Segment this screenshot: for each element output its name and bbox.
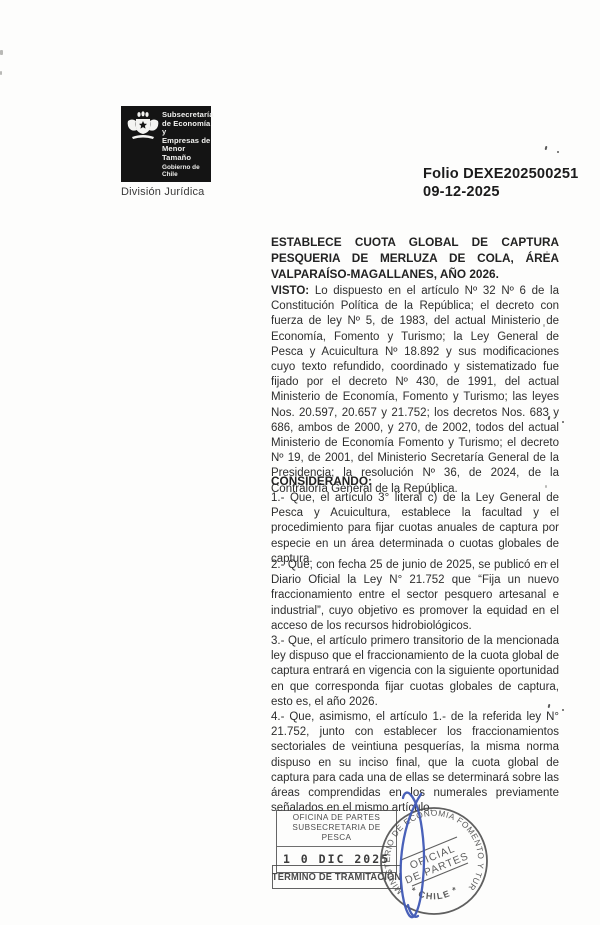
considerando-paragraph-4: 4.- Que, asimismo, el artículo 1.- de la… [271,710,559,816]
seal-center-line1: OFICIAL [408,843,457,872]
document-page: Subsecretaría de Economía y Empresas de … [0,0,600,925]
svg-text:* CHILE *: * CHILE * [409,884,460,902]
termino-label: TERMINO DE TRAMITACIÓN [272,872,401,883]
visto-text: Lo dispuesto en el artículo Nº 32 Nº 6 d… [271,285,559,495]
ministry-logo: Subsecretaría de Economía y Empresas de … [121,106,211,182]
scan-speck [545,485,547,488]
logo-footer: Gobierno de Chile [162,164,211,178]
visto-paragraph: VISTO: Lo dispuesto en el artículo Nº 32… [271,284,559,497]
scan-speck [543,324,545,327]
document-title: ESTABLECE CUOTA GLOBAL DE CAPTURA PESQUE… [271,234,559,282]
termino-tramitacion-stamp: TERMINO DE TRAMITACIÓN [272,865,401,889]
scan-speck [562,421,564,423]
office-of-parts-stamp: OFICINA DE PARTES SUBSECRETARIA DE PESCA… [276,810,397,873]
scan-speck [562,709,564,711]
visto-label: VISTO: [271,285,309,297]
folio-number: Folio DEXE202500251 [423,165,579,183]
logo-text-line: de Economía y [162,120,214,137]
folio-date: 09-12-2025 [423,183,579,201]
chile-coat-of-arms-icon [126,111,160,141]
scan-speck [546,251,548,253]
stamp-subsecretaria-line: SUBSECRETARIA DE PESCA [277,823,396,843]
considerando-label: CONSIDERANDO: [271,474,559,489]
scan-speck [0,50,3,55]
stamp-office-line: OFICINA DE PARTES [277,813,396,823]
scan-speck [0,71,2,75]
logo-text-line: Menor Tamaño [162,145,214,162]
scan-speck [557,151,559,153]
seal-bottom-text: * CHILE * [409,884,460,902]
considerando-paragraph-2: 2.- Que, con fecha 25 de junio de 2025, … [271,558,559,634]
considerando-paragraph-3: 3.- Que, el artículo primero transitorio… [271,634,559,710]
scan-speck [546,562,548,564]
considerando-paragraph-1: 1.- Que, el artículo 3° literal c) de la… [271,491,559,567]
seal-center-line2: DE PARTES [403,850,470,886]
folio-block: Folio DEXE202500251 09-12-2025 [423,165,579,201]
stamp-header: OFICINA DE PARTES SUBSECRETARIA DE PESCA [277,811,396,847]
division-label: División Jurídica [121,186,204,198]
scan-speck [545,146,548,150]
